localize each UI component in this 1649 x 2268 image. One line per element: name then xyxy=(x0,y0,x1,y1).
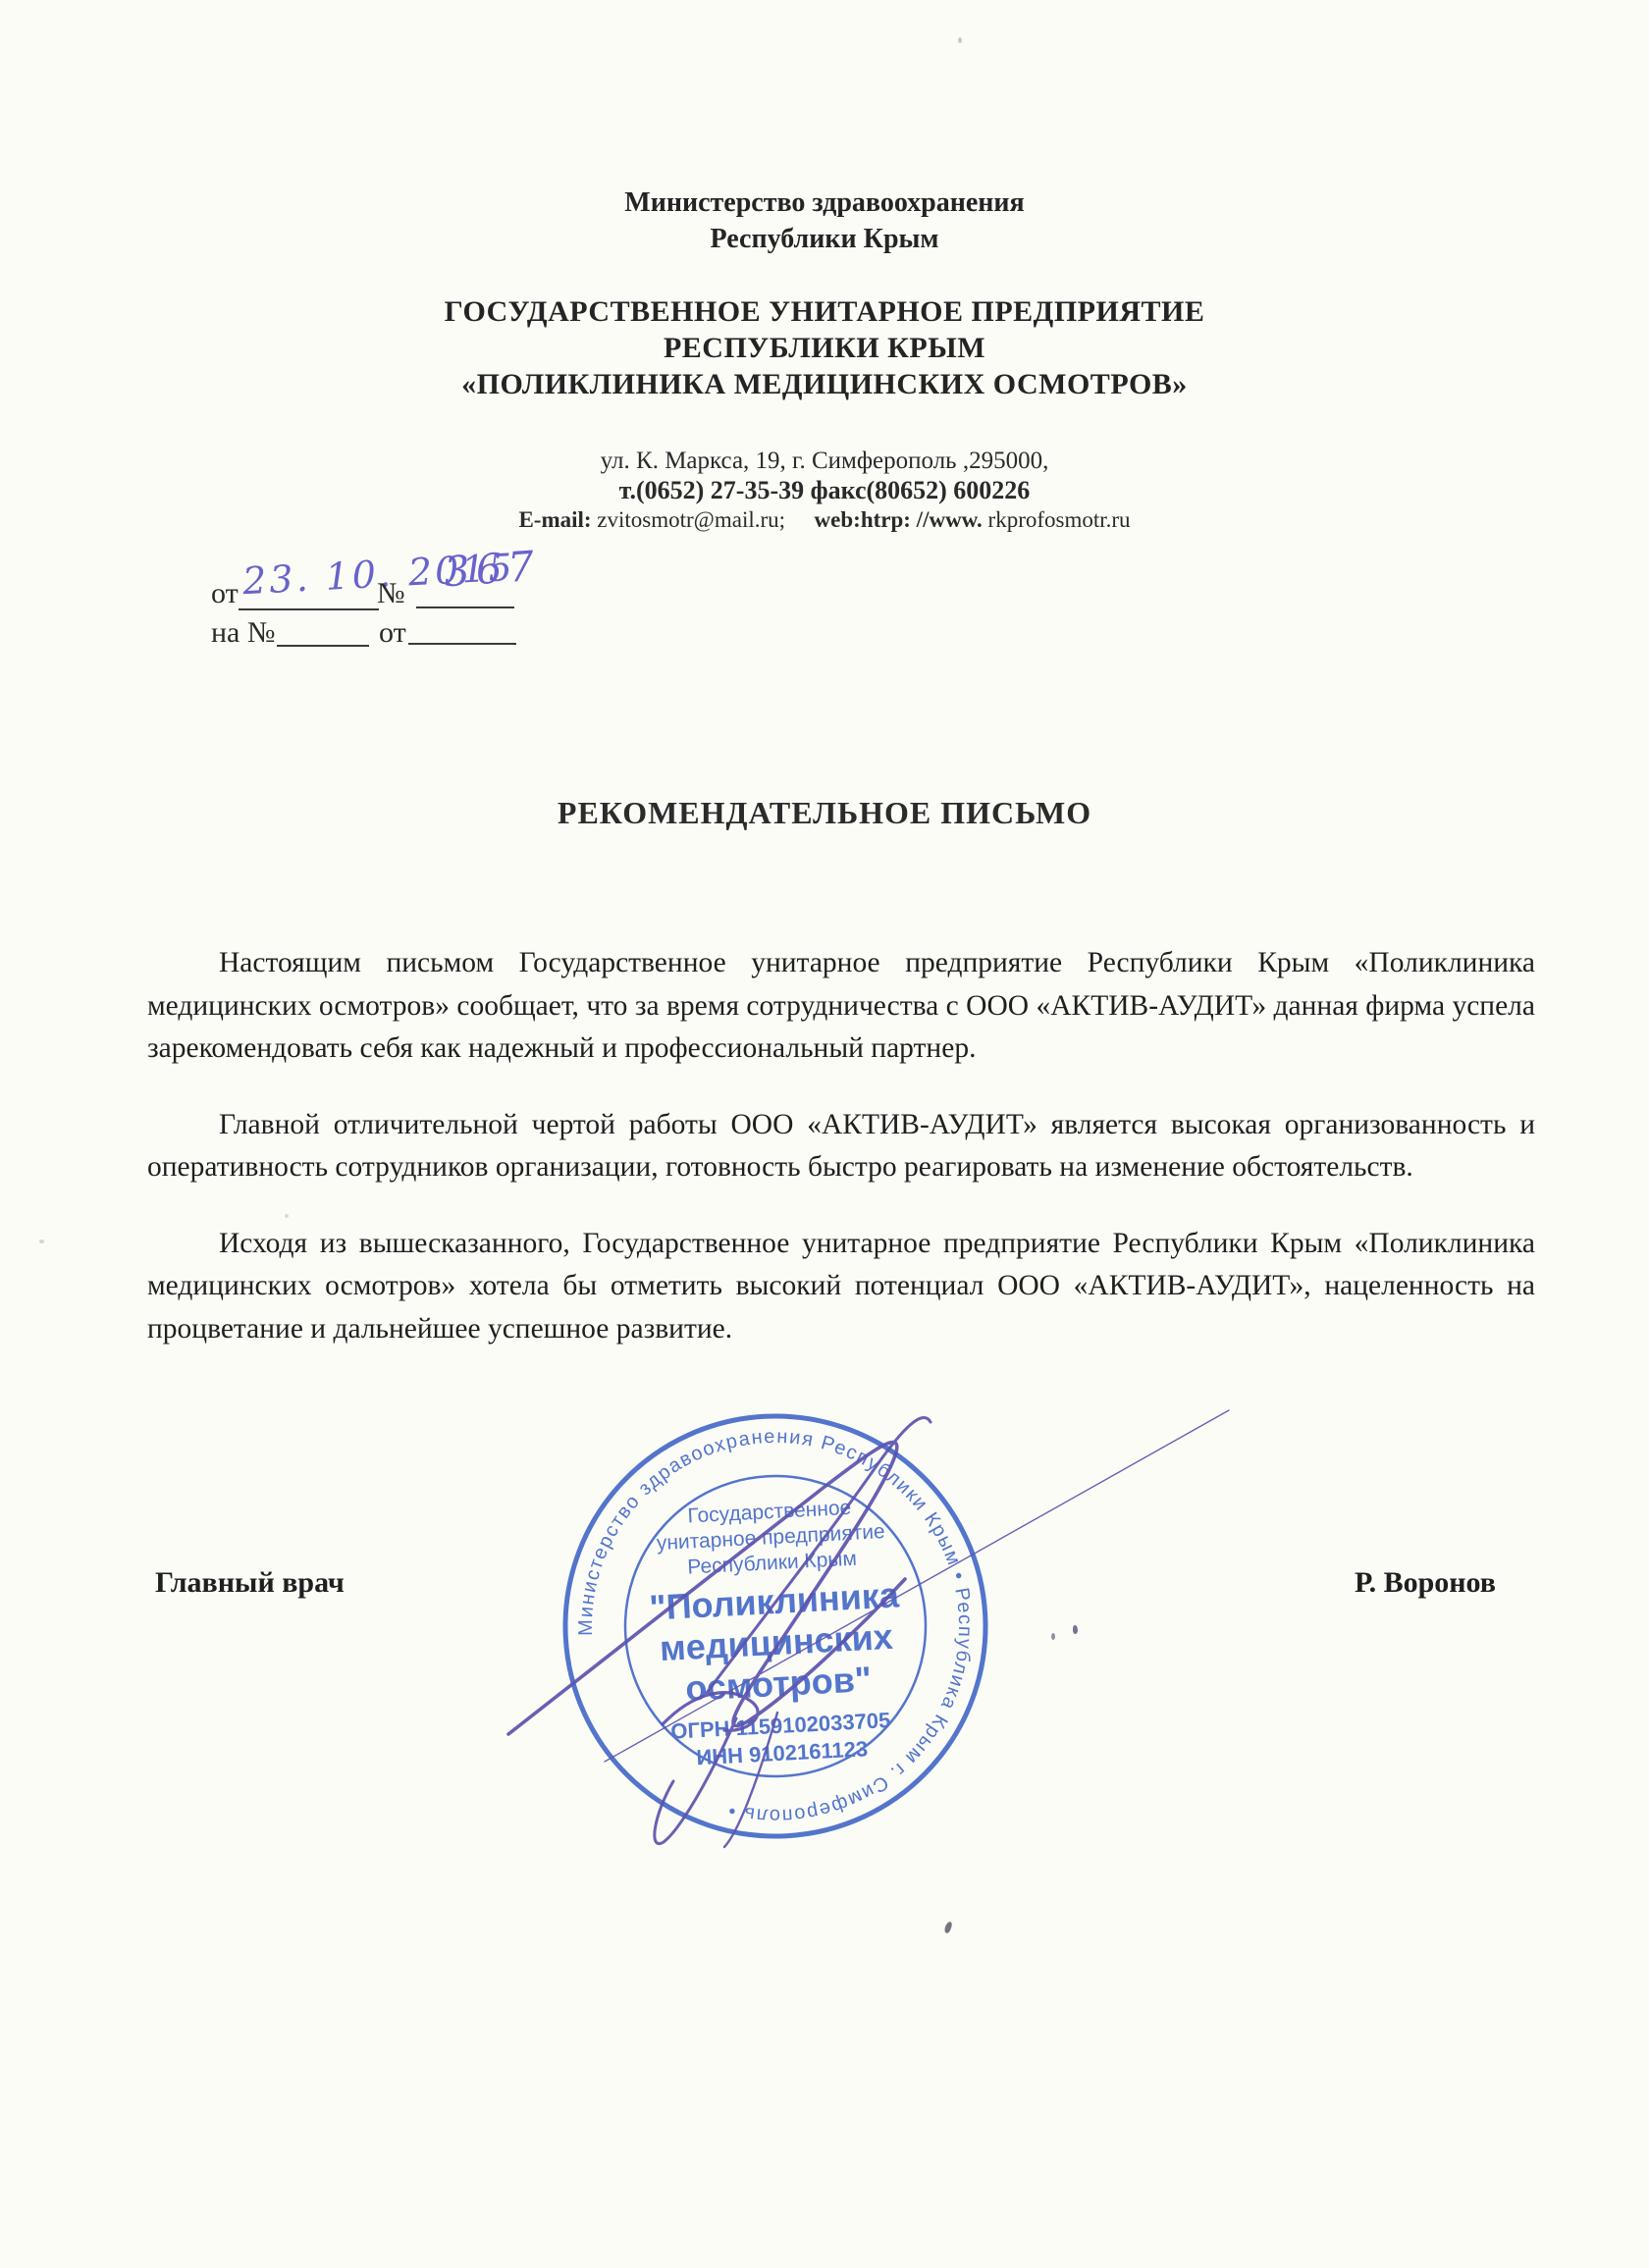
ministry-header: Министерство здравоохранения Республики … xyxy=(0,185,1649,257)
email-label: E-mail: xyxy=(518,507,591,532)
ink-speck xyxy=(1051,1633,1055,1640)
number-sign-label: № xyxy=(377,577,405,610)
ministry-line-1: Министерство здравоохранения xyxy=(0,185,1649,221)
email-web-line: E-mail: zvitosmotr@mail.ru; web:htrp: //… xyxy=(0,505,1649,535)
paragraph-3: Исходя из вышесказанного, Государственно… xyxy=(147,1223,1535,1351)
handwritten-number: 367 xyxy=(442,542,541,597)
paragraph-2: Главной отличительной чертой работы ООО … xyxy=(147,1104,1535,1189)
scan-speck xyxy=(39,1239,44,1243)
signer-name: Р. Воронов xyxy=(1355,1566,1496,1600)
web-value: rkprofosmotr.ru xyxy=(988,507,1131,532)
scanned-letter: { "letterhead": { "ministry_line1": "Мин… xyxy=(0,0,1649,2268)
ink-speck xyxy=(1073,1625,1078,1634)
signer-position: Главный врач xyxy=(155,1566,345,1600)
document-title: РЕКОМЕНДАТЕЛЬНОЕ ПИСЬМО xyxy=(0,795,1649,831)
scan-speck xyxy=(285,1214,289,1218)
na-no-label: на № xyxy=(211,616,276,650)
signature-second-stroke xyxy=(707,1418,931,1693)
ot2-label: от xyxy=(379,616,406,650)
signature-graphic xyxy=(412,1369,1256,1870)
signature-descender-stroke xyxy=(655,1718,736,1844)
scan-speck xyxy=(958,37,962,43)
organization-name: ГОСУДАРСТВЕННОЕ УНИТАРНОЕ ПРЕДПРИЯТИЕ РЕ… xyxy=(0,293,1649,402)
handwritten-signature xyxy=(412,1369,1256,1870)
phone-line: т.(0652) 27-35-39 факс(80652) 600226 xyxy=(0,476,1649,505)
signature-loop-stroke xyxy=(508,1442,905,1734)
address-line: ул. К. Маркса, 19, г. Симферополь ,29500… xyxy=(0,447,1649,476)
ministry-line-2: Республики Крым xyxy=(0,221,1649,257)
email-value: zvitosmotr@mail.ru; xyxy=(597,507,785,532)
ot-label: от xyxy=(211,577,239,610)
signature-tail-stroke xyxy=(724,1713,777,1847)
org-line-1: ГОСУДАРСТВЕННОЕ УНИТАРНОЕ ПРЕДПРИЯТИЕ xyxy=(0,293,1649,330)
org-line-2: РЕСПУБЛИКИ КРЫМ xyxy=(0,330,1649,366)
scan-speck xyxy=(943,1921,952,1933)
date-blank-line xyxy=(239,608,379,610)
paragraph-1: Настоящим письмом Государственное унитар… xyxy=(147,942,1535,1071)
letter-body: Настоящим письмом Государственное унитар… xyxy=(147,942,1535,1384)
incoming-number-blank-line xyxy=(277,645,369,647)
number-blank-line xyxy=(416,607,514,608)
incoming-date-blank-line xyxy=(408,643,516,645)
contact-block: ул. К. Маркса, 19, г. Симферополь ,29500… xyxy=(0,447,1649,535)
web-label: web:htrp: //www. xyxy=(815,507,983,532)
org-line-3: «ПОЛИКЛИНИКА МЕДИЦИНСКИХ ОСМОТРОВ» xyxy=(0,366,1649,402)
